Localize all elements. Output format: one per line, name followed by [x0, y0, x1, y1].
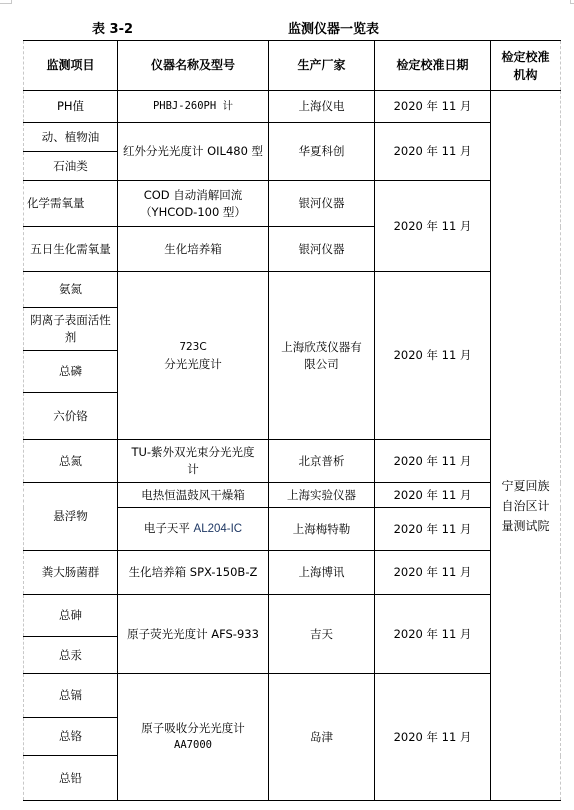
maker-cell: 吉天 — [269, 595, 375, 674]
item-cell: 总磷 — [24, 351, 118, 393]
instrument-name: 电子天平 — [144, 521, 194, 535]
instrument-cell: 原子荧光光度计 AFS-933 — [118, 595, 269, 674]
date-cell: 2020 年 11 月 — [375, 181, 491, 272]
item-cell: 总氮 — [24, 440, 118, 483]
item-cell: 粪大肠菌群 — [24, 551, 118, 595]
instrument-line: （YHCOD-100 型） — [121, 204, 265, 221]
instrument-line: AA7000 — [121, 737, 265, 754]
maker-cell: 上海欣茂仪器有限公司 — [269, 272, 375, 440]
table-row: 动、植物油 红外分光光度计 OIL480 型 华夏科创 2020 年 11 月 — [24, 123, 561, 152]
instrument-model: AL204-IC — [194, 523, 243, 535]
maker-cell: 上海仪电 — [269, 91, 375, 123]
maker-cell: 银河仪器 — [269, 181, 375, 227]
item-cell: 六价铬 — [24, 393, 118, 440]
instrument-line: 723C — [121, 339, 265, 356]
table-row: 总镉 原子吸收分光光度计 AA7000 岛津 2020 年 11 月 — [24, 674, 561, 718]
header-item: 监测项目 — [24, 41, 118, 91]
table-row: 粪大肠菌群 生化培养箱 SPX-150B-Z 上海博讯 2020 年 11 月 — [24, 551, 561, 595]
institution-text: 宁夏回族自治区计量测试院 — [499, 476, 552, 536]
date-cell: 2020 年 11 月 — [375, 551, 491, 595]
maker-cell: 上海实验仪器 — [269, 483, 375, 508]
header-date: 检定校准日期 — [375, 41, 491, 91]
page-corner-mark-right — [570, 0, 574, 4]
table-number: 表 3-2 — [92, 18, 133, 37]
date-cell: 2020 年 11 月 — [375, 595, 491, 674]
table-title: 监测仪器一览表 — [288, 18, 379, 37]
table-row: 总氮 TU-紫外双光束分光光度计 北京普析 2020 年 11 月 — [24, 440, 561, 483]
date-cell: 2020 年 11 月 — [375, 91, 491, 123]
item-cell: 石油类 — [24, 152, 118, 181]
instrument-cell: 723C 分光光度计 — [118, 272, 269, 440]
date-cell: 2020 年 11 月 — [375, 123, 491, 181]
item-cell: 阴离子表面活性剂 — [24, 308, 118, 351]
instrument-cell: TU-紫外双光束分光光度计 — [118, 440, 269, 483]
date-cell: 2020 年 11 月 — [375, 508, 491, 551]
maker-cell: 岛津 — [269, 674, 375, 801]
instrument-cell: 生化培养箱 — [118, 227, 269, 272]
item-cell: 动、植物油 — [24, 123, 118, 152]
item-cell: 化学需氧量 — [24, 181, 118, 227]
instrument-cell: 原子吸收分光光度计 AA7000 — [118, 674, 269, 801]
date-cell: 2020 年 11 月 — [375, 272, 491, 440]
header-institution: 检定校准机构 — [491, 41, 561, 91]
header-maker: 生产厂家 — [269, 41, 375, 91]
institution-cell: 宁夏回族自治区计量测试院 — [491, 91, 561, 801]
instrument-table: 监测项目 仪器名称及型号 生产厂家 检定校准日期 检定校准机构 PH值 PHBJ… — [23, 40, 561, 801]
instrument-line: 原子吸收分光光度计 — [121, 720, 265, 737]
item-cell: 总汞 — [24, 637, 118, 674]
instrument-line: 分光光度计 — [121, 356, 265, 373]
date-cell: 2020 年 11 月 — [375, 440, 491, 483]
item-cell: 总铅 — [24, 756, 118, 801]
item-cell: 总铬 — [24, 718, 118, 756]
maker-cell: 银河仪器 — [269, 227, 375, 272]
item-cell: 氨氮 — [24, 272, 118, 308]
item-cell: 悬浮物 — [24, 483, 118, 551]
maker-cell: 华夏科创 — [269, 123, 375, 181]
item-cell: 总镉 — [24, 674, 118, 718]
instrument-cell: 电子天平 AL204-IC — [118, 508, 269, 551]
table-row: 化学需氧量 COD 自动消解回流 （YHCOD-100 型） 银河仪器 2020… — [24, 181, 561, 227]
item-cell: 总砷 — [24, 595, 118, 637]
maker-cell: 上海梅特勒 — [269, 508, 375, 551]
table-row: 悬浮物 电热恒温鼓风干燥箱 上海实验仪器 2020 年 11 月 — [24, 483, 561, 508]
item-cell: PH值 — [24, 91, 118, 123]
date-cell: 2020 年 11 月 — [375, 674, 491, 801]
instrument-line: COD 自动消解回流 — [121, 187, 265, 204]
page-corner-mark — [0, 0, 12, 4]
table-row: 总砷 原子荧光光度计 AFS-933 吉天 2020 年 11 月 — [24, 595, 561, 637]
item-cell: 五日生化需氧量 — [24, 227, 118, 272]
table-row: 氨氮 723C 分光光度计 上海欣茂仪器有限公司 2020 年 11 月 — [24, 272, 561, 308]
instrument-cell: 红外分光光度计 OIL480 型 — [118, 123, 269, 181]
table-row: PH值 PHBJ-260PH 计 上海仪电 2020 年 11 月 宁夏回族自治… — [24, 91, 561, 123]
header-row: 监测项目 仪器名称及型号 生产厂家 检定校准日期 检定校准机构 — [24, 41, 561, 91]
maker-cell: 上海博讯 — [269, 551, 375, 595]
instrument-cell: 生化培养箱 SPX-150B-Z — [118, 551, 269, 595]
header-instrument: 仪器名称及型号 — [118, 41, 269, 91]
instrument-cell: PHBJ-260PH 计 — [118, 91, 269, 123]
instrument-cell: COD 自动消解回流 （YHCOD-100 型） — [118, 181, 269, 227]
maker-cell: 北京普析 — [269, 440, 375, 483]
date-cell: 2020 年 11 月 — [375, 483, 491, 508]
instrument-cell: 电热恒温鼓风干燥箱 — [118, 483, 269, 508]
